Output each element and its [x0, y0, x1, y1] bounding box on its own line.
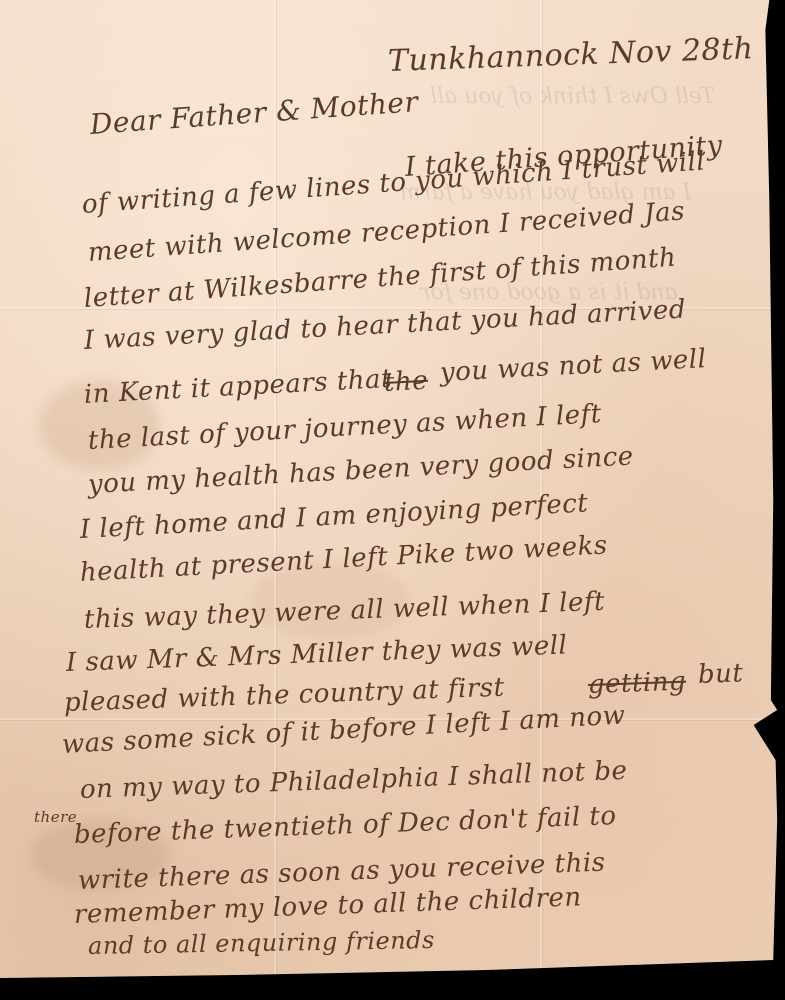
struck-word: the [383, 366, 429, 398]
bleed-through-text: Tell Ows I think of you all [430, 84, 715, 109]
letter-line: you was not as well [439, 344, 707, 388]
letter-place-date: Tunkhannock Nov 28th 1831 [387, 28, 785, 79]
letter-salutation: Dear Father & Mother [89, 85, 419, 141]
letter-line: before the twentieth of Dec don't fail t… [73, 801, 617, 850]
letter-line: and to all enquiring friends [88, 926, 435, 960]
margin-note: there [34, 808, 77, 826]
letter-line: on my way to Philadelphia I shall not be [79, 756, 627, 805]
letter-line: in Kent it appears that [83, 364, 392, 410]
letter-paper: Tell Ows I think of you all I am glad yo… [0, 0, 785, 1000]
struck-word: getting [587, 667, 686, 700]
letter-line: but [697, 658, 743, 690]
